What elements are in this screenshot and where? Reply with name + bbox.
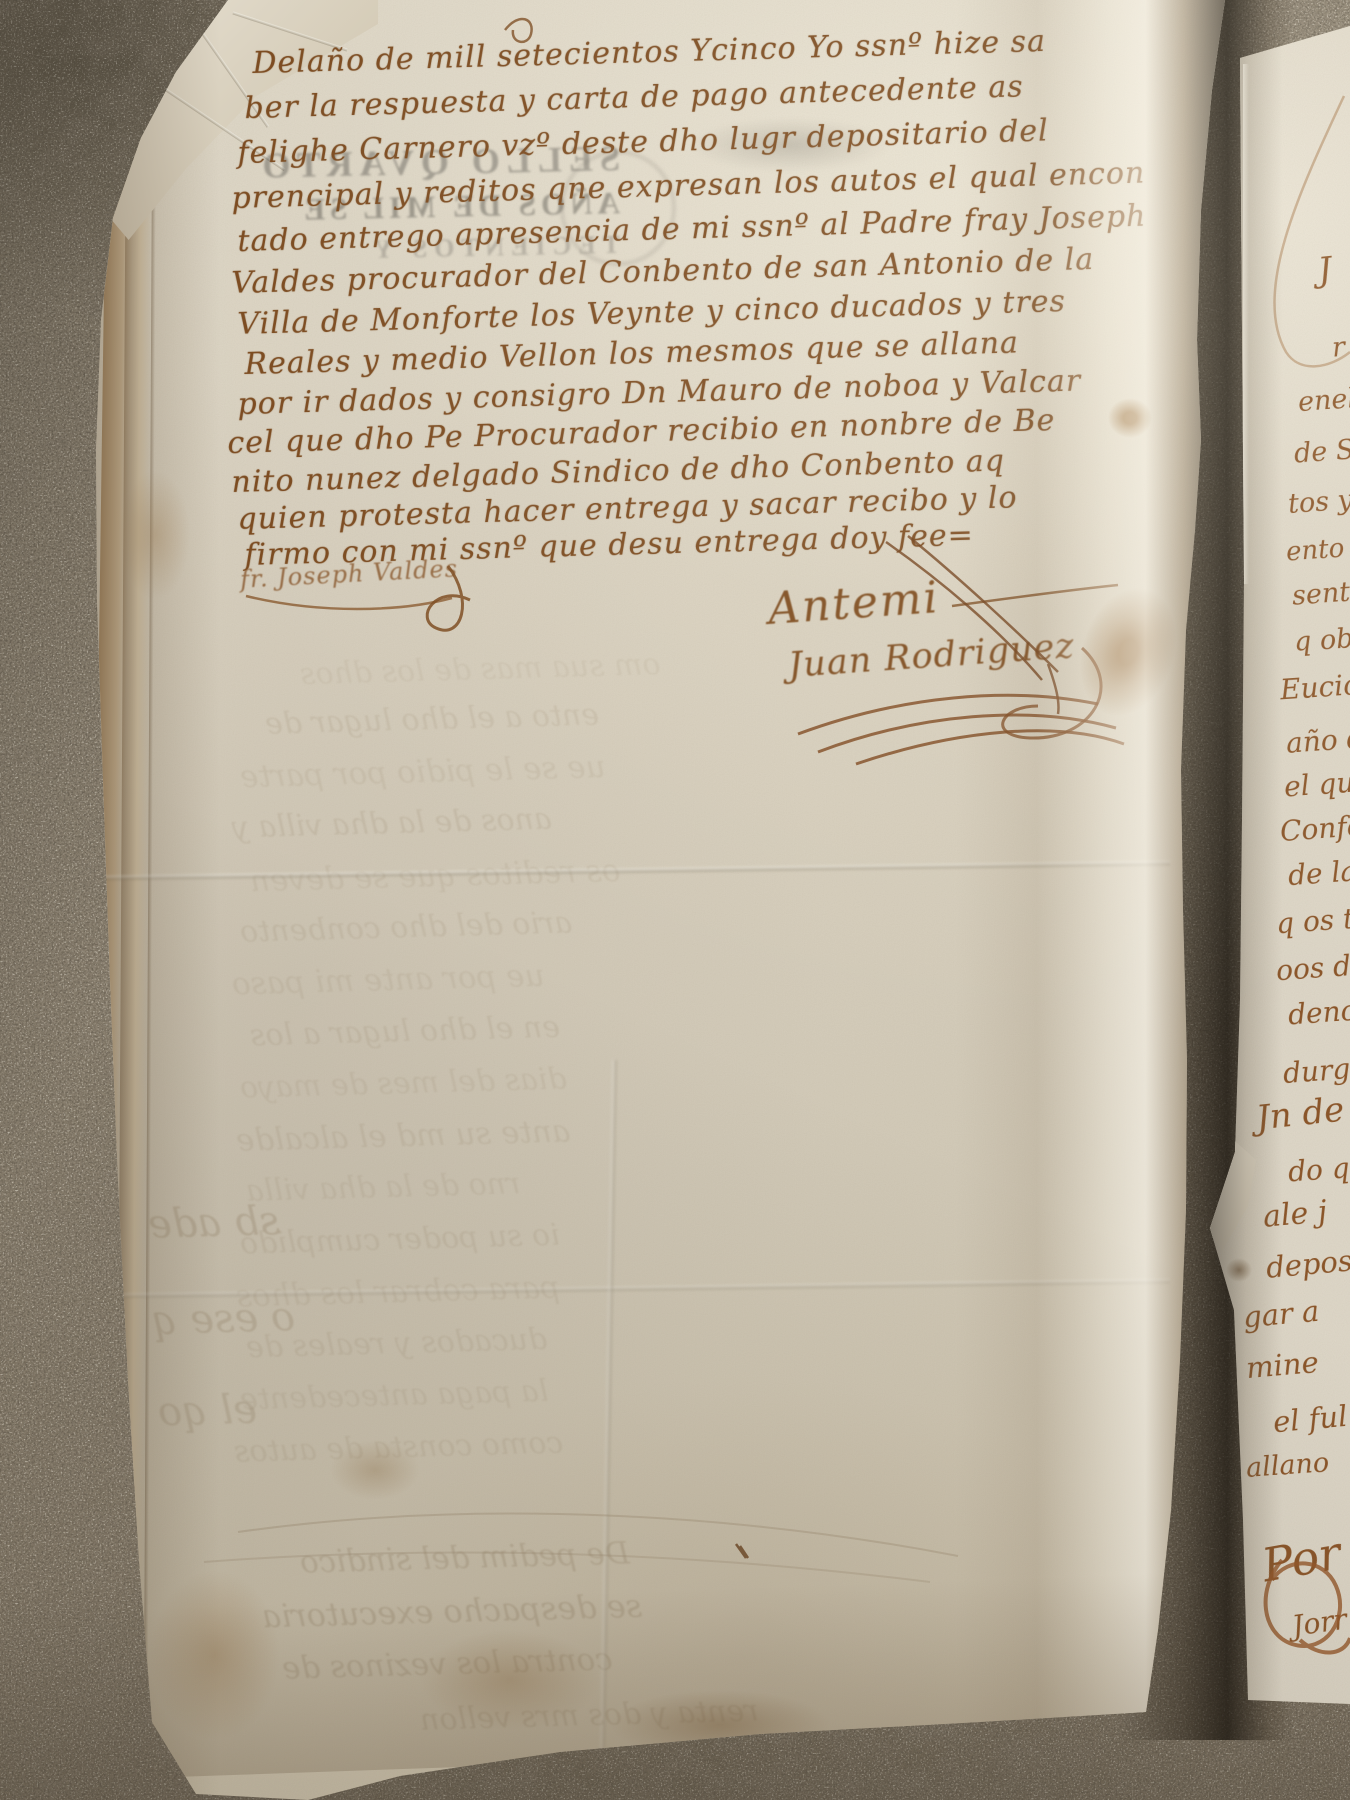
right-page-fragment: r <box>1331 332 1346 364</box>
main-page: SELLO QVARTO AÑOS DE MIL SE TECIENTOS Y … <box>0 0 1350 1800</box>
paper-stain <box>330 1440 420 1500</box>
photographed-manuscript-scene: Jrenelde Sttos yqento desentaq obraEucio… <box>0 0 1350 1800</box>
right-page-lit-edge <box>1243 64 1249 584</box>
